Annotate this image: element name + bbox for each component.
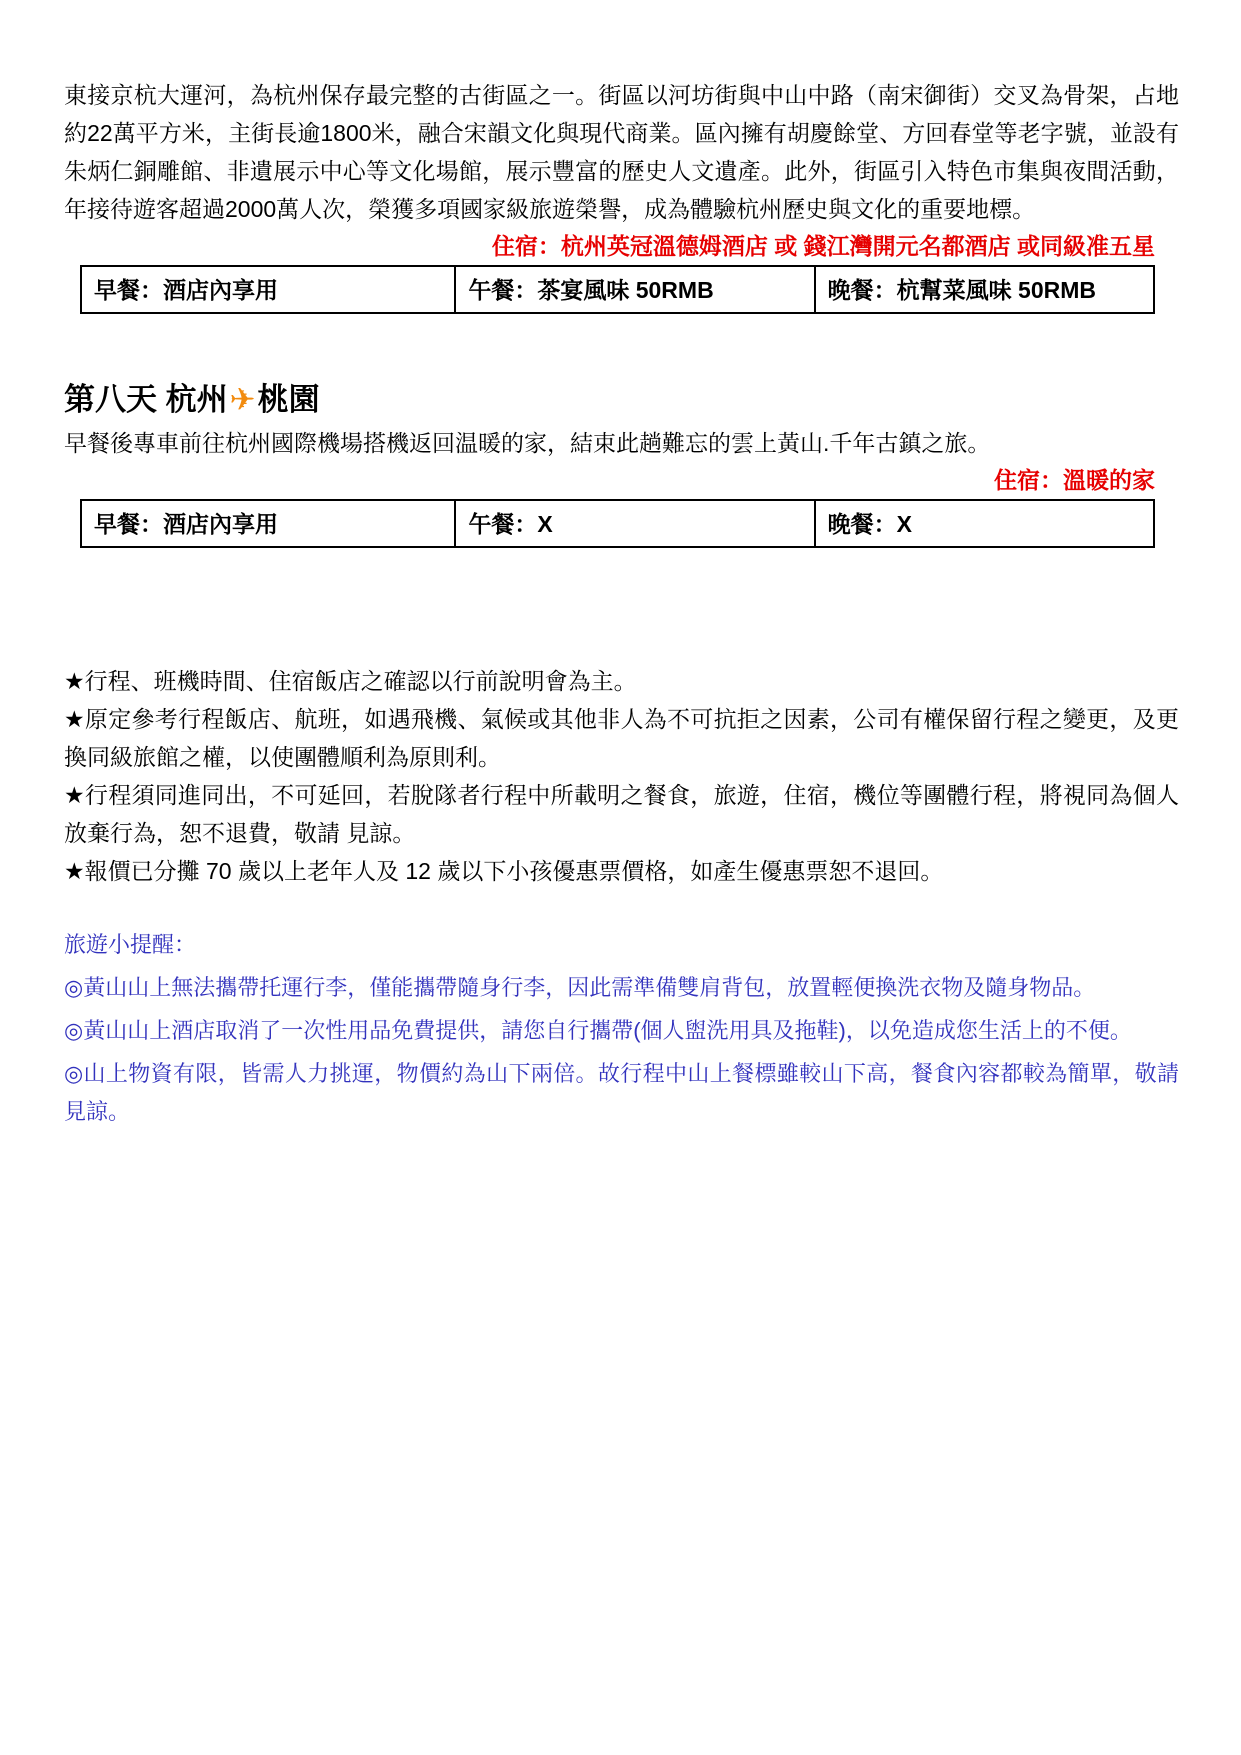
table-row: 早餐：酒店內享用 午餐：茶宴風味 50RMB 晚餐：杭幫菜風味 50RMB	[81, 266, 1154, 313]
lunch-cell: 午餐：茶宴風味 50RMB	[455, 266, 814, 313]
note-item: ★行程、班機時間、住宿飯店之確認以行前說明會為主。	[64, 662, 1179, 700]
table-row: 早餐：酒店內享用 午餐：X 晚餐：X	[81, 500, 1154, 547]
day8-description: 早餐後專車前往杭州國際機場搭機返回温暖的家，結束此趟難忘的雲上黃山.千年古鎮之旅…	[64, 424, 1179, 462]
day8-meals-table: 早餐：酒店內享用 午餐：X 晚餐：X	[80, 499, 1155, 548]
dinner-cell: 晚餐：X	[815, 500, 1154, 547]
street-district-intro-paragraph: 東接京杭大運河，為杭州保存最完整的古街區之一。街區以河坊街與中山中路（南宋御街）…	[64, 76, 1179, 228]
breakfast-cell: 早餐：酒店內享用	[81, 266, 455, 313]
note-item: ★原定參考行程飯店、航班，如遇飛機、氣候或其他非人為不可抗拒之因素，公司有權保留…	[64, 700, 1179, 776]
day8-heading: 第八天 杭州✈桃園	[64, 378, 1179, 422]
day8-lodging-line: 住宿：溫暖的家	[80, 462, 1155, 499]
lunch-cell: 午餐：X	[455, 500, 814, 547]
itinerary-page: 東接京杭大運河，為杭州保存最完整的古街區之一。街區以河坊街與中山中路（南宋御街）…	[0, 0, 1241, 1755]
breakfast-cell: 早餐：酒店內享用	[81, 500, 455, 547]
tip-item: ◎山上物資有限，皆需人力挑運，物價約為山下兩倍。故行程中山上餐標雖較山下高，餐食…	[64, 1055, 1179, 1131]
day7-lodging-line: 住宿：杭州英冠溫德姆酒店 或 錢江灣開元名都酒店 或同級准五星	[80, 228, 1155, 265]
tip-item: ◎黃山山上酒店取消了一次性用品免費提供，請您自行攜帶(個人盥洗用具及拖鞋)，以免…	[64, 1012, 1179, 1050]
dinner-cell: 晚餐：杭幫菜風味 50RMB	[815, 266, 1154, 313]
travel-tips-section: 旅遊小提醒： ◎黃山山上無法攜帶托運行李，僅能攜帶隨身行李，因此需準備雙肩背包，…	[64, 926, 1179, 1131]
tip-item: ◎黃山山上無法攜帶托運行李，僅能攜帶隨身行李，因此需準備雙肩背包，放置輕便換洗衣…	[64, 969, 1179, 1007]
note-item: ★行程須同進同出，不可延回，若脫隊者行程中所載明之餐食，旅遊，住宿，機位等團體行…	[64, 776, 1179, 852]
terms-notes-section: ★行程、班機時間、住宿飯店之確認以行前說明會為主。 ★原定參考行程飯店、航班，如…	[64, 662, 1179, 890]
airplane-icon: ✈	[230, 378, 256, 422]
day8-heading-suffix: 桃園	[258, 382, 320, 417]
day7-meals-table: 早餐：酒店內享用 午餐：茶宴風味 50RMB 晚餐：杭幫菜風味 50RMB	[80, 265, 1155, 314]
day8-heading-prefix: 第八天 杭州	[64, 382, 228, 417]
note-item: ★報價已分攤 70 歲以上老年人及 12 歲以下小孩優惠票價格，如產生優惠票恕不…	[64, 852, 1179, 890]
tips-title: 旅遊小提醒：	[64, 926, 1179, 964]
